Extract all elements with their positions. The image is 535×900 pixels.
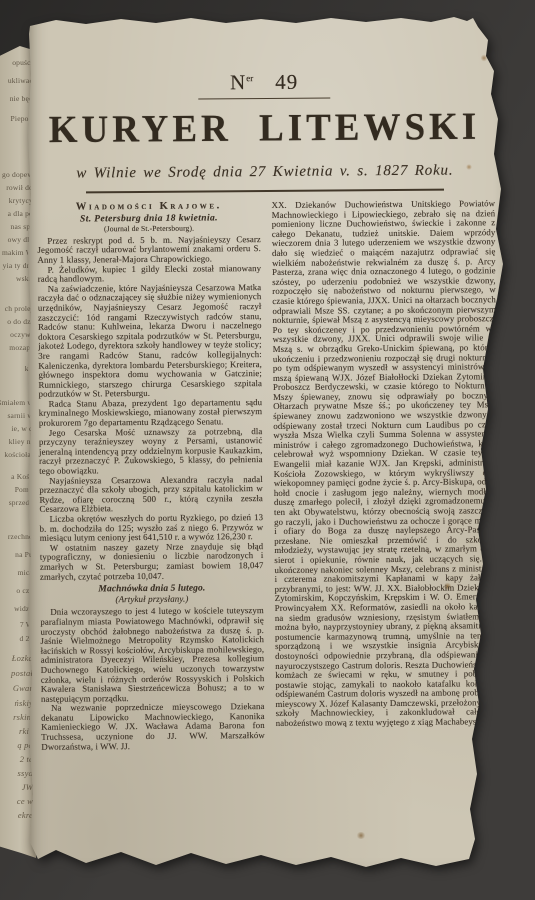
page-content: Ner49 KURYER LITEWSKI w Wilnie we Srodę … (23, 12, 512, 880)
article-paragraph: Na zaświadczenie, które Nayjaśnieysza Ce… (38, 283, 262, 400)
masthead-title: KURYER LITEWSKI (23, 107, 505, 149)
left-column: Wiadomości Krajowe. St. Petersburg dnia … (37, 201, 265, 752)
article-paragraph: W ostatnim naszey gazety Nrze znayduje s… (40, 542, 264, 582)
article-source-line: (Journal de St.-Petersbourg). (37, 223, 261, 234)
article-columns: Wiadomości Krajowe. St. Petersburg dnia … (24, 190, 510, 752)
photo-background: opuściukliwaćnie będPiepol.go dopewrowił… (0, 0, 535, 900)
article-paragraph: Jego Cesarska Mość uznawszy za potrzebną… (39, 427, 263, 477)
page-wrapper: Ner49 KURYER LITEWSKI w Wilnie we Srodę … (0, 0, 535, 900)
section-header-wiadomosci-krajowe: Wiadomości Krajowe. (37, 201, 261, 212)
edition-dateline: w Wilnie we Srodę dnia 27 Kwietnia v. s.… (24, 162, 506, 183)
issue-number: Ner49 (23, 68, 505, 97)
issue-superscript: er (246, 73, 253, 83)
issue-value: 49 (275, 70, 298, 94)
article-paragraph: Liczba okrętów weszłych do portu Ryzkieg… (40, 513, 264, 544)
article-subhead-note: (Artykuł przysłany.) (40, 594, 264, 605)
issue-prefix: N (230, 70, 246, 94)
right-column: XX. Dziekanów Duchowieństwa Unitskiego P… (272, 199, 500, 750)
article-paragraph: Na wezwanie poprzednicze mieyscowego Dzi… (41, 702, 265, 752)
issue-rule (198, 97, 330, 99)
article-paragraph: XX. Dziekanów Duchowieństwa Unitskiego P… (272, 199, 500, 728)
newspaper-page: Ner49 KURYER LITEWSKI w Wilnie we Srodę … (26, 14, 508, 878)
article-paragraph: Radca Stanu Abaza, prezydent 1go departa… (39, 398, 263, 429)
article-paragraph: Dnia wczorayszego to jest 4 lutego w koś… (40, 606, 264, 704)
article-paragraph: Nayjaśnieysza Cesarzowa Alexandra raczył… (39, 475, 263, 515)
article-paragraph: Przez reskrypt pod d. 5 b. m. Nayjaśniey… (37, 235, 261, 266)
